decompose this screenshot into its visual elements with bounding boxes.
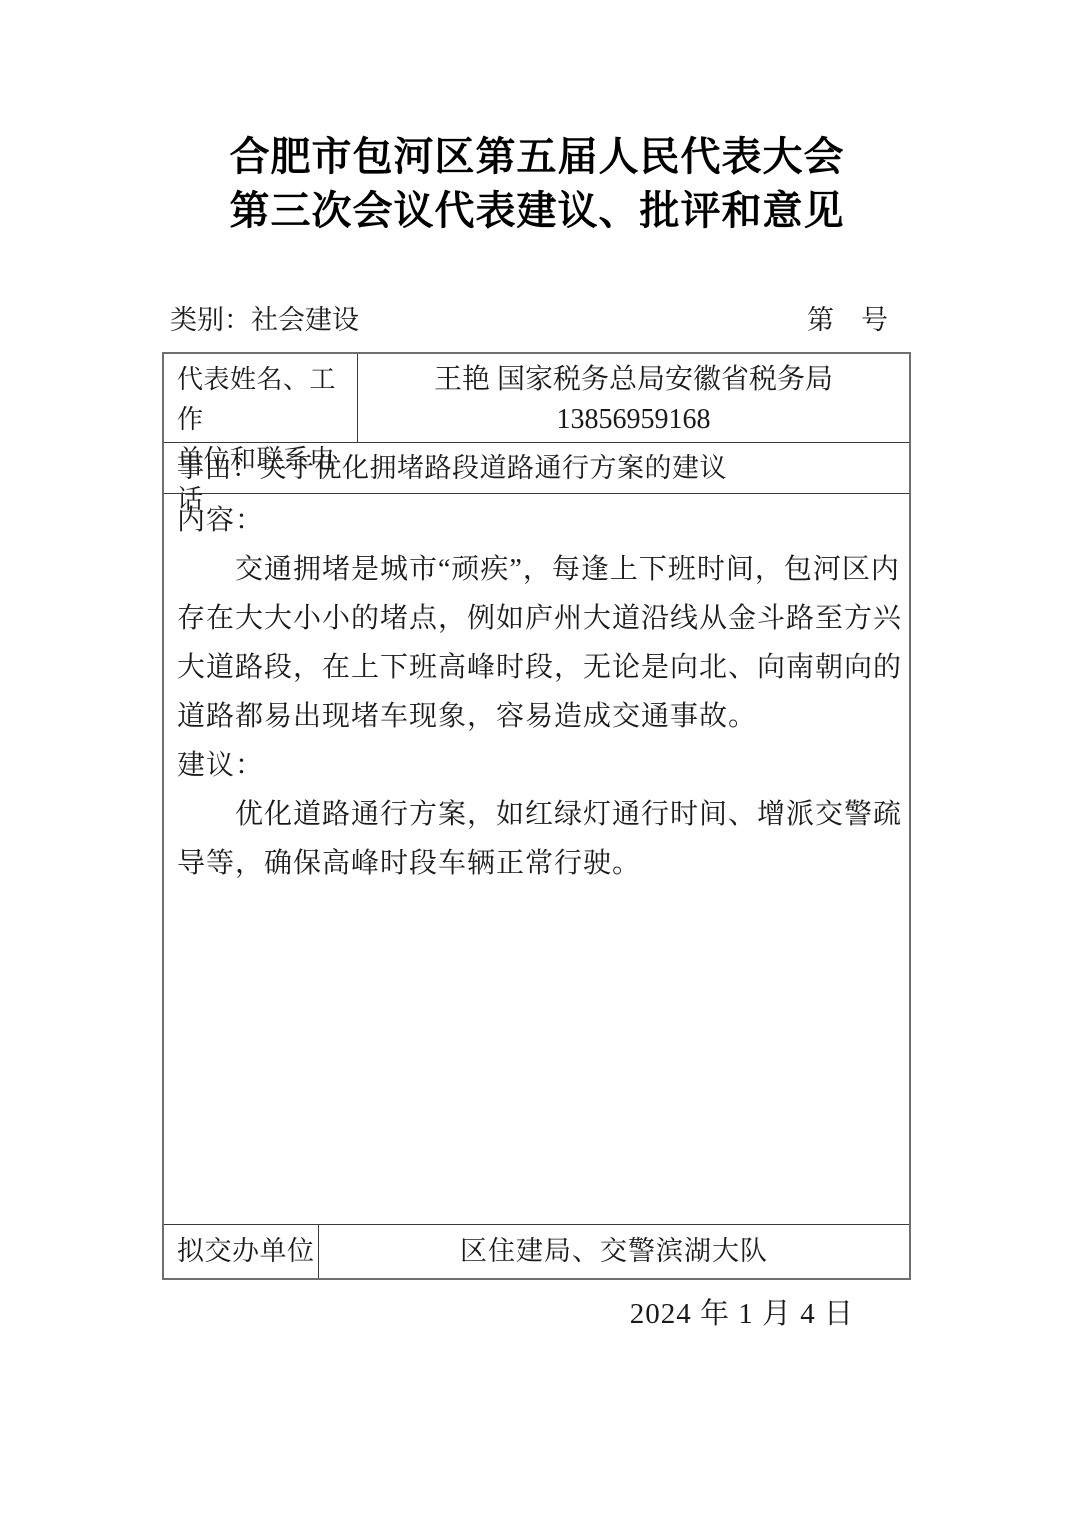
subject-text: 事由：关于优化拥堵路段道路通行方案的建议 — [177, 453, 727, 483]
suggestion-paragraph-line: 优化道路通行方案，如红绿灯通行时间、增派交警疏 — [177, 790, 896, 839]
content-row: 内容： 交通拥堵是城市“顽疾”，每逢上下班时间，包河区内 存在大大小小的堵点，例… — [164, 493, 909, 1224]
title-line-1: 合肥市包河区第五届人民代表大会 — [0, 130, 1074, 184]
content-label: 内容： — [177, 496, 896, 545]
form-table: 代表姓名、工作 单位和联系电话 王艳 国家税务总局安徽省税务局 13856959… — [162, 352, 911, 1280]
content-paragraph-line: 大道路段，在上下班高峰时段，无论是向北、向南朝向的 — [177, 643, 896, 692]
document-page: 合肥市包河区第五届人民代表大会 第三次会议代表建议、批评和意见 类别：社会建设 … — [0, 0, 1074, 1520]
assignment-row: 拟交办单位 区住建局、交警滨湖大队 — [164, 1224, 909, 1278]
assignment-label-cell: 拟交办单位 — [164, 1225, 319, 1278]
content-paragraph-line: 道路都易出现堵车现象，容易造成交通事故。 — [177, 692, 896, 741]
document-number-text: 第 号 — [807, 301, 888, 339]
suggestion-label: 建议： — [177, 741, 896, 790]
representative-label-cell: 代表姓名、工作 单位和联系电话 — [164, 354, 358, 442]
assignment-value-cell: 区住建局、交警滨湖大队 — [319, 1225, 909, 1278]
title-line-2: 第三次会议代表建议、批评和意见 — [0, 184, 1074, 238]
representative-value-cell: 王艳 国家税务总局安徽省税务局 13856959168 — [358, 354, 909, 442]
representative-label-line-1: 代表姓名、工作 — [177, 360, 357, 440]
representative-name-and-org: 王艳 国家税务总局安徽省税务局 — [358, 360, 909, 400]
category-text: 类别：社会建设 — [170, 301, 359, 339]
document-date: 2024 年 1 月 4 日 — [630, 1295, 854, 1333]
suggestion-paragraph-line: 导等，确保高峰时段车辆正常行驶。 — [177, 839, 896, 888]
content-paragraph-line: 交通拥堵是城市“顽疾”，每逢上下班时间，包河区内 — [177, 545, 896, 594]
content-paragraph-line: 存在大大小小的堵点，例如庐州大道沿线从金斗路至方兴 — [177, 594, 896, 643]
subject-row: 事由：关于优化拥堵路段道路通行方案的建议 — [164, 442, 909, 493]
meta-row: 类别：社会建设 第 号 — [170, 301, 888, 339]
representative-phone: 13856959168 — [358, 400, 909, 440]
representative-row: 代表姓名、工作 单位和联系电话 王艳 国家税务总局安徽省税务局 13856959… — [164, 354, 909, 442]
document-title: 合肥市包河区第五届人民代表大会 第三次会议代表建议、批评和意见 — [0, 130, 1074, 238]
